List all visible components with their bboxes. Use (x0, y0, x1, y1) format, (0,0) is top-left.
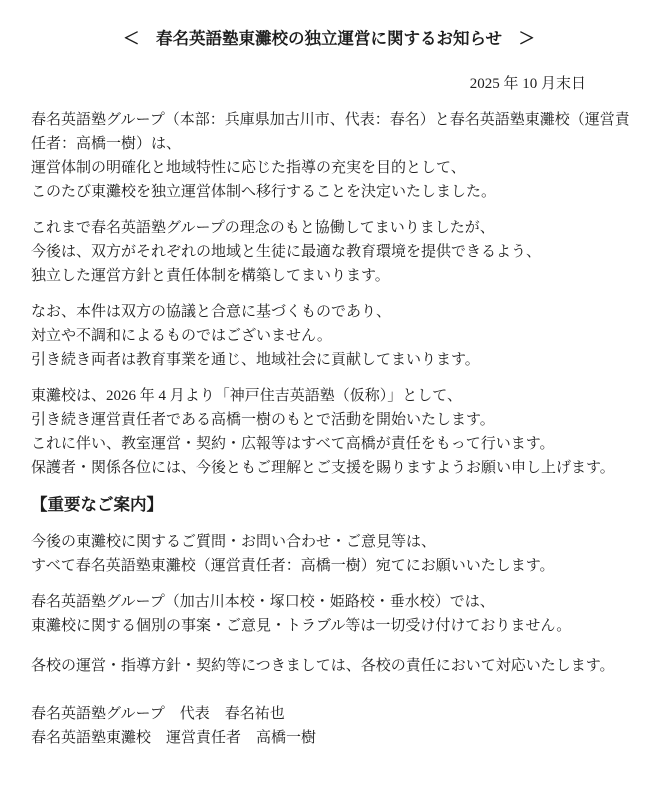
signature-line-higashinada-manager: 春名英語塾東灘校 運営責任者 高橋一樹 (31, 726, 627, 750)
section-heading-important-notice: 【重要なご案内】 (31, 492, 627, 518)
paragraph-new-school-name: 東灘校は、2026 年 4 月より「神戸住吉英語塾（仮称）」として、 引き続き運… (31, 384, 627, 480)
paragraph-group-disclaimer: 春名英語塾グループ（加古川本校・塚口校・姫路校・垂水校）では、 東灘校に関する個… (31, 590, 627, 638)
paragraph-mutual-agreement: なお、本件は双方の協議と合意に基づくものであり、 対立や不調和によるものではござ… (31, 300, 627, 372)
paragraph-background: これまで春名英語塾グループの理念のもと協働してまいりましたが、 今後は、双方がそ… (31, 216, 627, 288)
document-title: ＜ 春名英語塾東灘校の独立運営に関するお知らせ ＞ (31, 26, 627, 52)
paragraph-school-responsibility: 各校の運営・指導方針・契約等につきましては、各校の責任において対応いたします。 (31, 654, 627, 678)
paragraph-contact-destination: 今後の東灘校に関するご質問・お問い合わせ・ご意見等は、 すべて春名英語塾東灘校（… (31, 530, 627, 578)
issue-date: 2025 年 10 月末日 (31, 72, 627, 96)
document-page: ＜ 春名英語塾東灘校の独立運営に関するお知らせ ＞ 2025 年 10 月末日 … (0, 0, 647, 788)
signature-block: 春名英語塾グループ 代表 春名祐也 春名英語塾東灘校 運営責任者 高橋一樹 (31, 702, 627, 750)
signature-line-group-representative: 春名英語塾グループ 代表 春名祐也 (31, 702, 627, 726)
paragraph-announcement: 春名英語塾グループ（本部：兵庫県加古川市、代表：春名）と春名英語塾東灘校（運営責… (31, 108, 627, 204)
